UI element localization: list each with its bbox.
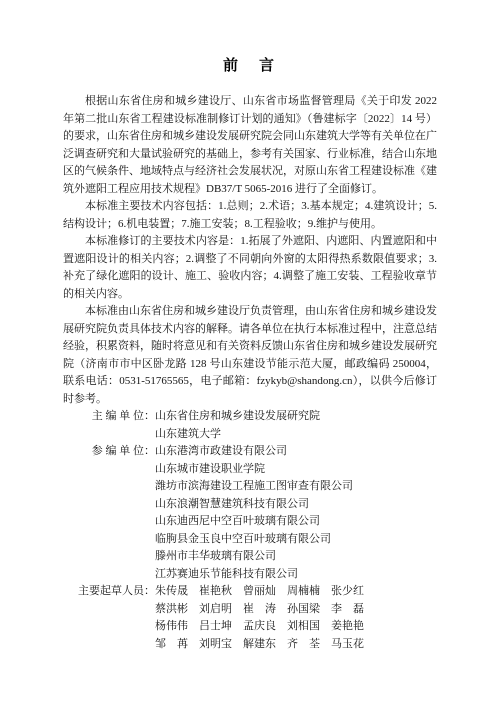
credit-label-spacer: [63, 496, 155, 514]
participant-row: 山东城市建设职业学院: [63, 461, 437, 479]
chief-editor-unit: 山东建筑大学: [155, 426, 221, 444]
credit-label-spacer: [63, 601, 155, 619]
chief-editor-label: 主 编 单 位：: [63, 408, 155, 426]
credit-label-spacer: [63, 513, 155, 531]
drafters-row: 邹 苒 刘明宝 解建东 齐 荃 马玉花: [63, 636, 437, 654]
participant-row: 参 编 单 位： 山东港湾市政建设有限公司: [63, 443, 437, 461]
drafter-names: 邹 苒 刘明宝 解建东 齐 荃 马玉花: [155, 636, 364, 654]
preface-paragraph-4: 本标准由山东省住房和城乡建设厅负责管理，由山东省住房和城乡建设发展研究院负责具体…: [63, 303, 437, 408]
participant-row: 江苏赛迪乐节能科技有限公司: [63, 566, 437, 584]
participant-label: 参 编 单 位：: [63, 443, 155, 461]
drafter-names: 杨伟伟 吕士坤 孟庆良 刘相国 姜艳艳: [155, 618, 364, 636]
drafters-row: 杨伟伟 吕士坤 孟庆良 刘相国 姜艳艳: [63, 618, 437, 636]
credit-label-spacer: [63, 461, 155, 479]
participant-unit: 江苏赛迪乐节能科技有限公司: [155, 566, 298, 584]
chief-editor-row: 山东建筑大学: [63, 426, 437, 444]
drafters-label: 主要起草人员：: [63, 583, 155, 601]
credit-label-spacer: [63, 548, 155, 566]
credit-label-spacer: [63, 426, 155, 444]
participant-row: 潍坊市滨海建设工程施工图审查有限公司: [63, 478, 437, 496]
chief-editor-row: 主 编 单 位： 山东省住房和城乡建设发展研究院: [63, 408, 437, 426]
credits-section: 主 编 单 位： 山东省住房和城乡建设发展研究院 山东建筑大学 参 编 单 位：…: [63, 408, 437, 653]
participant-row: 临朐县金玉良中空百叶玻璃有限公司: [63, 531, 437, 549]
participant-unit: 山东迪西尼中空百叶玻璃有限公司: [155, 513, 320, 531]
credit-label-spacer: [63, 531, 155, 549]
participant-row: 山东浪潮智慧建筑科技有限公司: [63, 496, 437, 514]
participant-unit: 潍坊市滨海建设工程施工图审查有限公司: [155, 478, 353, 496]
credit-label-spacer: [63, 566, 155, 584]
drafter-names: 朱传晟 崔艳秋 曾丽灿 周楠楠 张少红: [155, 583, 364, 601]
participant-unit: 滕州市丰华玻璃有限公司: [155, 548, 276, 566]
participant-unit: 山东浪潮智慧建筑科技有限公司: [155, 496, 309, 514]
preface-paragraph-3: 本标准修订的主要技术内容是：1.拓展了外遮阳、内遮阳、内置遮阳和中置遮阳设计的相…: [63, 233, 437, 303]
preface-paragraph-1: 根据山东省住房和城乡建设厅、山东省市场监督管理局《关于印发 2022 年第二批山…: [63, 93, 437, 198]
preface-paragraph-2: 本标准主要技术内容包括：1.总则；2.术语；3.基本规定；4.建筑设计；5.结构…: [63, 198, 437, 233]
drafter-names: 蔡洪彬 刘启明 崔 涛 孙国梁 李 磊: [155, 601, 364, 619]
page-title: 前 言: [63, 56, 437, 76]
participant-unit: 临朐县金玉良中空百叶玻璃有限公司: [155, 531, 331, 549]
drafters-row: 主要起草人员： 朱传晟 崔艳秋 曾丽灿 周楠楠 张少红: [63, 583, 437, 601]
document-page: 前 言 根据山东省住房和城乡建设厅、山东省市场监督管理局《关于印发 2022 年…: [0, 0, 500, 706]
drafters-row: 蔡洪彬 刘启明 崔 涛 孙国梁 李 磊: [63, 601, 437, 619]
credit-label-spacer: [63, 478, 155, 496]
credit-label-spacer: [63, 618, 155, 636]
participant-unit: 山东城市建设职业学院: [155, 461, 265, 479]
participant-row: 山东迪西尼中空百叶玻璃有限公司: [63, 513, 437, 531]
credit-label-spacer: [63, 636, 155, 654]
participant-row: 滕州市丰华玻璃有限公司: [63, 548, 437, 566]
participant-unit: 山东港湾市政建设有限公司: [155, 443, 287, 461]
chief-editor-unit: 山东省住房和城乡建设发展研究院: [155, 408, 320, 426]
